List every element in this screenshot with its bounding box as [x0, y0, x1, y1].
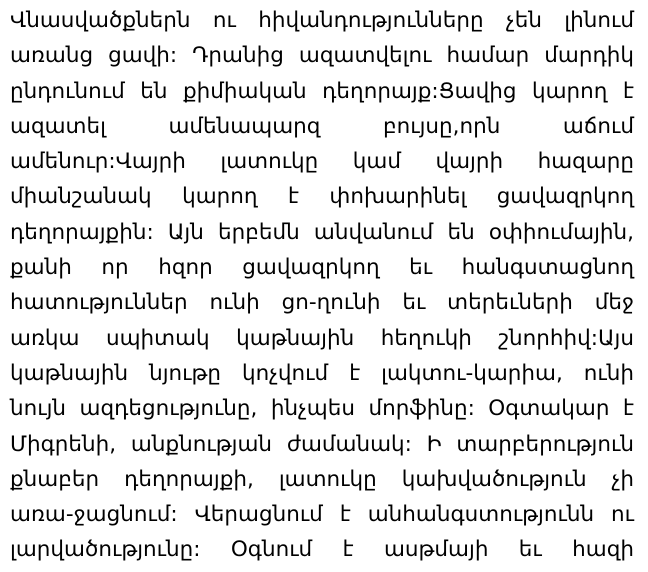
text-line: ազատել ամենապարզ բույսը,որն աճում	[10, 109, 634, 144]
text-line: ամենուր:Վայրի լատուկը կամ վայրի հազարը	[10, 144, 634, 179]
text-line: նույն ազդեցությունը, ինչպես մորֆինը: Օգտ…	[10, 391, 634, 426]
text-line: ընդունում են քիմիական դեղորայք:Ցավից կար…	[10, 74, 634, 109]
text-line: հատություններ ունի ցո-ղունի եւ տերեւների…	[10, 285, 634, 320]
text-line: միանշանակ կարող է փոխարինել ցավազրկող	[10, 179, 634, 214]
text-line: առկա սպիտակ կաթնային հեղուկի շնորհիվ:Այս	[10, 321, 634, 356]
document-body: Վնասվածքներն ու հիվանդությունները չեն լի…	[10, 3, 634, 568]
text-line: առա-ջացնում: Վերացնում է անհանգստություն…	[10, 497, 634, 532]
text-line: քնաբեր դեղորայքի, լատուկը կախվածություն …	[10, 462, 634, 497]
text-line: Վնասվածքներն ու հիվանդությունները չեն լի…	[10, 3, 634, 38]
text-line: լարվածությունը: Օգնում է ասթմայի եւ հազի	[10, 532, 634, 567]
text-line: կաթնային նյութը կոչվում է լակտու-կարիա, …	[10, 356, 634, 391]
text-line: Միգրենի, անքնության ժամանակ: Ի տարբերութ…	[10, 427, 634, 462]
text-line: դեղորայքին: Այն երբեմն անվանում են օփիու…	[10, 215, 634, 250]
text-line: առանց ցավի: Դրանից ազատվելու համար մարդի…	[10, 38, 634, 73]
text-line: քանի որ հզոր ցավազրկող եւ հանգստացնող	[10, 250, 634, 285]
